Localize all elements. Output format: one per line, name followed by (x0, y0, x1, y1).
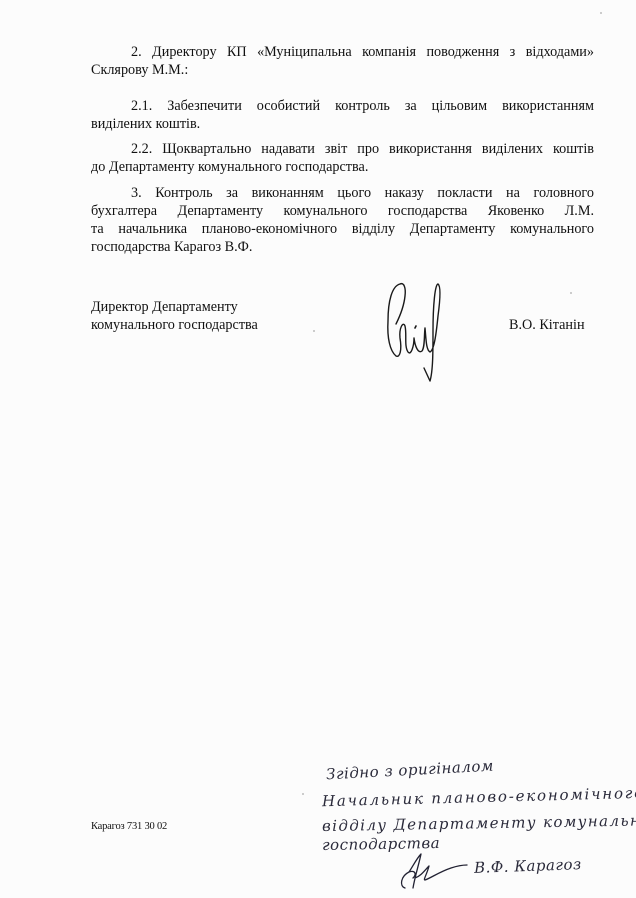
paragraph-line: Склярову М.М.: (91, 61, 594, 79)
certification-signature-icon (395, 848, 470, 893)
signatory-position: Директор Департаменту комунального госпо… (91, 298, 258, 334)
paragraph-item-3: 3. Контроль за виконанням цього наказу п… (91, 184, 594, 256)
paragraph-line: 2. Директору КП «Муніципальна компанія п… (91, 43, 594, 61)
paragraph-item-2-2: 2.2. Щоквартально надавати звіт про вико… (91, 140, 594, 176)
signatory-name: В.О. Кітанін (509, 316, 585, 334)
paragraph-line: 2.1. Забезпечити особистий контроль за ц… (91, 97, 594, 115)
scan-speck (313, 330, 315, 332)
paragraph-item-2: 2. Директору КП «Муніципальна компанія п… (91, 43, 594, 79)
certification-line: Згідно з оригіналом (326, 756, 495, 785)
paragraph-line: 3. Контроль за виконанням цього наказу п… (91, 184, 594, 202)
paragraph-line: виділених коштів. (91, 115, 594, 133)
paragraph-line: 2.2. Щоквартально надавати звіт про вико… (91, 140, 594, 158)
scan-speck (302, 793, 304, 795)
scan-speck (600, 12, 602, 14)
signatory-position-line: Директор Департаменту (91, 298, 258, 316)
paragraph-line: та начальника планово-економічного відді… (91, 220, 594, 238)
certification-line: відділу Департаменту комунального (322, 810, 636, 836)
scan-speck (570, 292, 572, 294)
certification-line: Начальник планово-економічного (322, 783, 636, 811)
contact-line: Карагоз 731 30 02 (91, 820, 167, 834)
certification-signer: В.Ф. Карагоз (474, 854, 582, 878)
paragraph-line: бухгалтера Департаменту комунального гос… (91, 202, 594, 220)
paragraph-line: господарства Карагоз В.Ф. (91, 238, 594, 256)
paragraph-line: до Департаменту комунального господарств… (91, 158, 594, 176)
document-page: 2. Директору КП «Муніципальна компанія п… (0, 0, 636, 898)
paragraph-item-2-1: 2.1. Забезпечити особистий контроль за ц… (91, 97, 594, 133)
signatory-position-line: комунального господарства (91, 316, 258, 334)
director-signature-icon (378, 276, 448, 386)
